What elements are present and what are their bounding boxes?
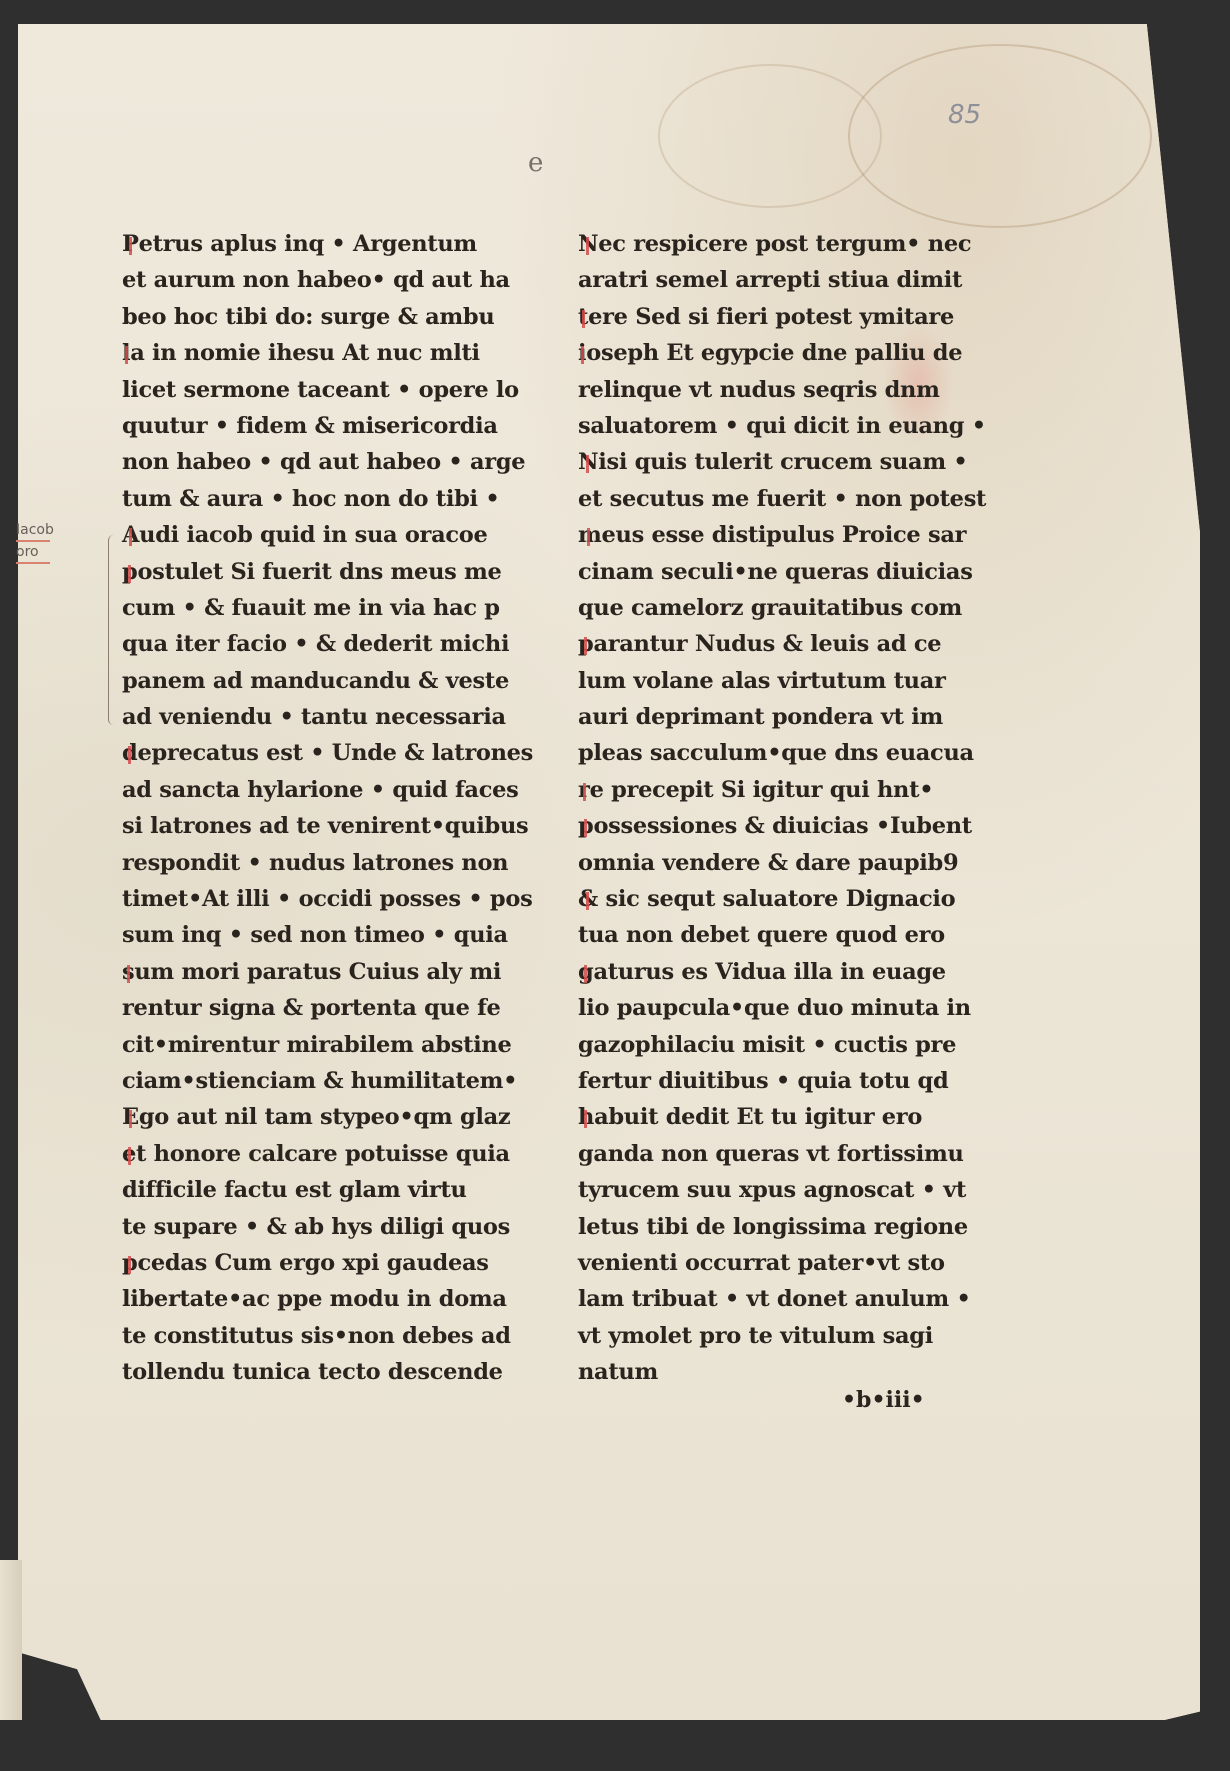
text-line: beo hoc tibi do: surge & ambu xyxy=(122,299,494,335)
text-line: cinam seculi•ne queras diuicias xyxy=(578,554,942,590)
rubricated-initial: & xyxy=(578,886,598,912)
line-text: a in nomie ihesu At nuc mlti xyxy=(130,340,480,366)
text-line: rentur signa & portenta que fe xyxy=(122,990,494,1026)
rubricated-initial: i xyxy=(578,340,586,366)
text-line: panem ad manducandu & veste xyxy=(122,663,494,699)
text-line: ioseph Et egypcie dne palliu de xyxy=(578,335,942,371)
text-line: et secutus me fuerit • non potest xyxy=(578,481,942,517)
text-column-left: Petrus aplus inq • Argentumet aurum non … xyxy=(122,226,494,1391)
text-line: auri deprimant pondera vt im xyxy=(578,699,942,735)
rubricated-initial: s xyxy=(122,959,134,985)
top-mark: e xyxy=(528,148,543,178)
rubricated-initial: p xyxy=(578,631,593,657)
text-line: respondit • nudus latrones non xyxy=(122,845,494,881)
text-line: non habeo • qd aut habeo • arge xyxy=(122,444,494,480)
text-line: deprecatus est • Unde & latrones xyxy=(122,735,494,771)
rubricated-initial: p xyxy=(122,559,137,585)
text-line: pcedas Cum ergo xpi gaudeas xyxy=(122,1245,494,1281)
line-text: e precepit Si igitur qui hnt• xyxy=(590,777,934,803)
text-line: sum inq • sed non timeo • quia xyxy=(122,917,494,953)
line-text: etrus aplus inq • Argentum xyxy=(139,231,477,257)
line-text: eprecatus est • Unde & latrones xyxy=(137,740,533,766)
line-text: isi quis tulerit crucem suam • xyxy=(598,449,967,475)
line-text: cedas Cum ergo xpi gaudeas xyxy=(137,1250,488,1276)
line-text: oseph Et egypcie dne palliu de xyxy=(586,340,962,366)
rubricated-initial: A xyxy=(122,522,139,548)
text-line: lam tribuat • vt donet anulum • xyxy=(578,1281,942,1317)
text-line: timet•At illi • occidi posses • pos xyxy=(122,881,494,917)
text-line: cit•mirentur mirabilem abstine xyxy=(122,1027,494,1063)
text-line: natum xyxy=(578,1354,942,1390)
text-line: libertate•ac ppe modu in doma xyxy=(122,1281,494,1317)
rubricated-initial: e xyxy=(122,1141,136,1167)
text-line: venienti occurrat pater•vt sto xyxy=(578,1245,942,1281)
water-stain xyxy=(658,64,882,208)
marginal-note-line: Iacob xyxy=(16,520,50,542)
text-line: ad veniendu • tantu necessaria xyxy=(122,699,494,735)
signature-mark: •b•iii• xyxy=(842,1387,925,1413)
text-line: et honore calcare potuisse quia xyxy=(122,1136,494,1172)
line-text: um mori paratus Cuius aly mi xyxy=(134,959,501,985)
rubricated-initial: l xyxy=(122,340,130,366)
line-text: arantur Nudus & leuis ad ce xyxy=(593,631,941,657)
text-line: cum • & fuauit me in via hac p xyxy=(122,590,494,626)
line-text: ec respicere post tergum• nec xyxy=(598,231,971,257)
rubricated-initial: E xyxy=(122,1104,139,1130)
line-text: ere Sed si fieri potest ymitare xyxy=(588,304,954,330)
text-line: licet sermone taceant • opere lo xyxy=(122,372,494,408)
text-line: Nec respicere post tergum• nec xyxy=(578,226,942,262)
text-line: habuit dedit Et tu igitur ero xyxy=(578,1099,942,1135)
text-line: lum volane alas virtutum tuar xyxy=(578,663,942,699)
rubricated-initial: h xyxy=(578,1104,594,1130)
text-line: relinque vt nudus seqris dnm xyxy=(578,372,942,408)
rubricated-initial: r xyxy=(578,777,590,803)
line-text: t honore calcare potuisse quia xyxy=(136,1141,510,1167)
text-line: tollendu tunica tecto descende xyxy=(122,1354,494,1390)
text-line: saluatorem • qui dicit in euang • xyxy=(578,408,942,444)
text-line: te constitutus sis•non debes ad xyxy=(122,1318,494,1354)
text-line: ad sancta hylarione • quid faces xyxy=(122,772,494,808)
rubricated-initial: g xyxy=(578,959,593,985)
text-line: omnia vendere & dare paupib9 xyxy=(578,845,942,881)
text-line: Ego aut nil tam stypeo•qm glaz xyxy=(122,1099,494,1135)
text-line: vt ymolet pro te vitulum sagi xyxy=(578,1318,942,1354)
text-line: sum mori paratus Cuius aly mi xyxy=(122,954,494,990)
rubricated-initial: p xyxy=(122,1250,137,1276)
line-text: ossessiones & diuicias •Iubent xyxy=(593,813,971,839)
text-line: Audi iacob quid in sua oracoe xyxy=(122,517,494,553)
text-line: fertur diuitibus • quia totu qd xyxy=(578,1063,942,1099)
rubricated-initial: m xyxy=(578,522,602,548)
facing-page-edge xyxy=(0,1560,22,1720)
rubricated-initial: t xyxy=(578,304,588,330)
margin-bracket xyxy=(108,535,119,725)
line-text: abuit dedit Et tu igitur ero xyxy=(594,1104,922,1130)
rubricated-initial: N xyxy=(578,449,598,475)
text-line: tum & aura • hoc non do tibi • xyxy=(122,481,494,517)
text-line: ganda non queras vt fortissimu xyxy=(578,1136,942,1172)
text-line: et aurum non habeo• qd aut ha xyxy=(122,262,494,298)
text-line: meus esse distipulus Proice sar xyxy=(578,517,942,553)
line-text: go aut nil tam stypeo•qm glaz xyxy=(139,1104,511,1130)
text-line: tere Sed si fieri potest ymitare xyxy=(578,299,942,335)
rubricated-initial: d xyxy=(122,740,137,766)
text-line: tua non debet quere quod ero xyxy=(578,917,942,953)
line-text: ostulet Si fuerit dns meus me xyxy=(137,559,501,585)
text-line: pleas sacculum•que dns euacua xyxy=(578,735,942,771)
text-line: que camelorz grauitatibus com xyxy=(578,590,942,626)
line-text: sic sequt saluatore Dignacio xyxy=(598,886,955,912)
text-line: ciam•stienciam & humilitatem• xyxy=(122,1063,494,1099)
rubricated-initial: P xyxy=(122,231,139,257)
text-line: postulet Si fuerit dns meus me xyxy=(122,554,494,590)
text-line: Petrus aplus inq • Argentum xyxy=(122,226,494,262)
text-line: te supare • & ab hys diligi quos xyxy=(122,1209,494,1245)
text-line: letus tibi de longissima regione xyxy=(578,1209,942,1245)
water-stain xyxy=(848,44,1152,228)
text-line: la in nomie ihesu At nuc mlti xyxy=(122,335,494,371)
text-line: parantur Nudus & leuis ad ce xyxy=(578,626,942,662)
text-line: tyrucem suu xpus agnoscat • vt xyxy=(578,1172,942,1208)
text-line: quutur • fidem & misericordia xyxy=(122,408,494,444)
text-line: Nisi quis tulerit crucem suam • xyxy=(578,444,942,480)
text-line: difficile factu est glam virtu xyxy=(122,1172,494,1208)
rubricated-initial: p xyxy=(578,813,593,839)
text-line: gazophilaciu misit • cuctis pre xyxy=(578,1027,942,1063)
text-line: lio paupcula•que duo minuta in xyxy=(578,990,942,1026)
text-line: si latrones ad te venirent•quibus xyxy=(122,808,494,844)
text-line: re precepit Si igitur qui hnt• xyxy=(578,772,942,808)
line-text: udi iacob quid in sua oracoe xyxy=(139,522,487,548)
line-text: eus esse distipulus Proice sar xyxy=(602,522,967,548)
text-line: gaturus es Vidua illa in euage xyxy=(578,954,942,990)
text-line: & sic sequt saluatore Dignacio xyxy=(578,881,942,917)
rubricated-initial: N xyxy=(578,231,598,257)
text-column-right: Nec respicere post tergum• necaratri sem… xyxy=(578,226,942,1391)
text-line: possessiones & diuicias •Iubent xyxy=(578,808,942,844)
marginal-note: Iacob oro xyxy=(16,520,50,564)
marginal-note-line: oro xyxy=(16,542,50,564)
foliation-number: 85 xyxy=(948,100,981,130)
line-text: aturus es Vidua illa in euage xyxy=(593,959,945,985)
text-line: aratri semel arrepti stiua dimit xyxy=(578,262,942,298)
text-line: qua iter facio • & dederit michi xyxy=(122,626,494,662)
